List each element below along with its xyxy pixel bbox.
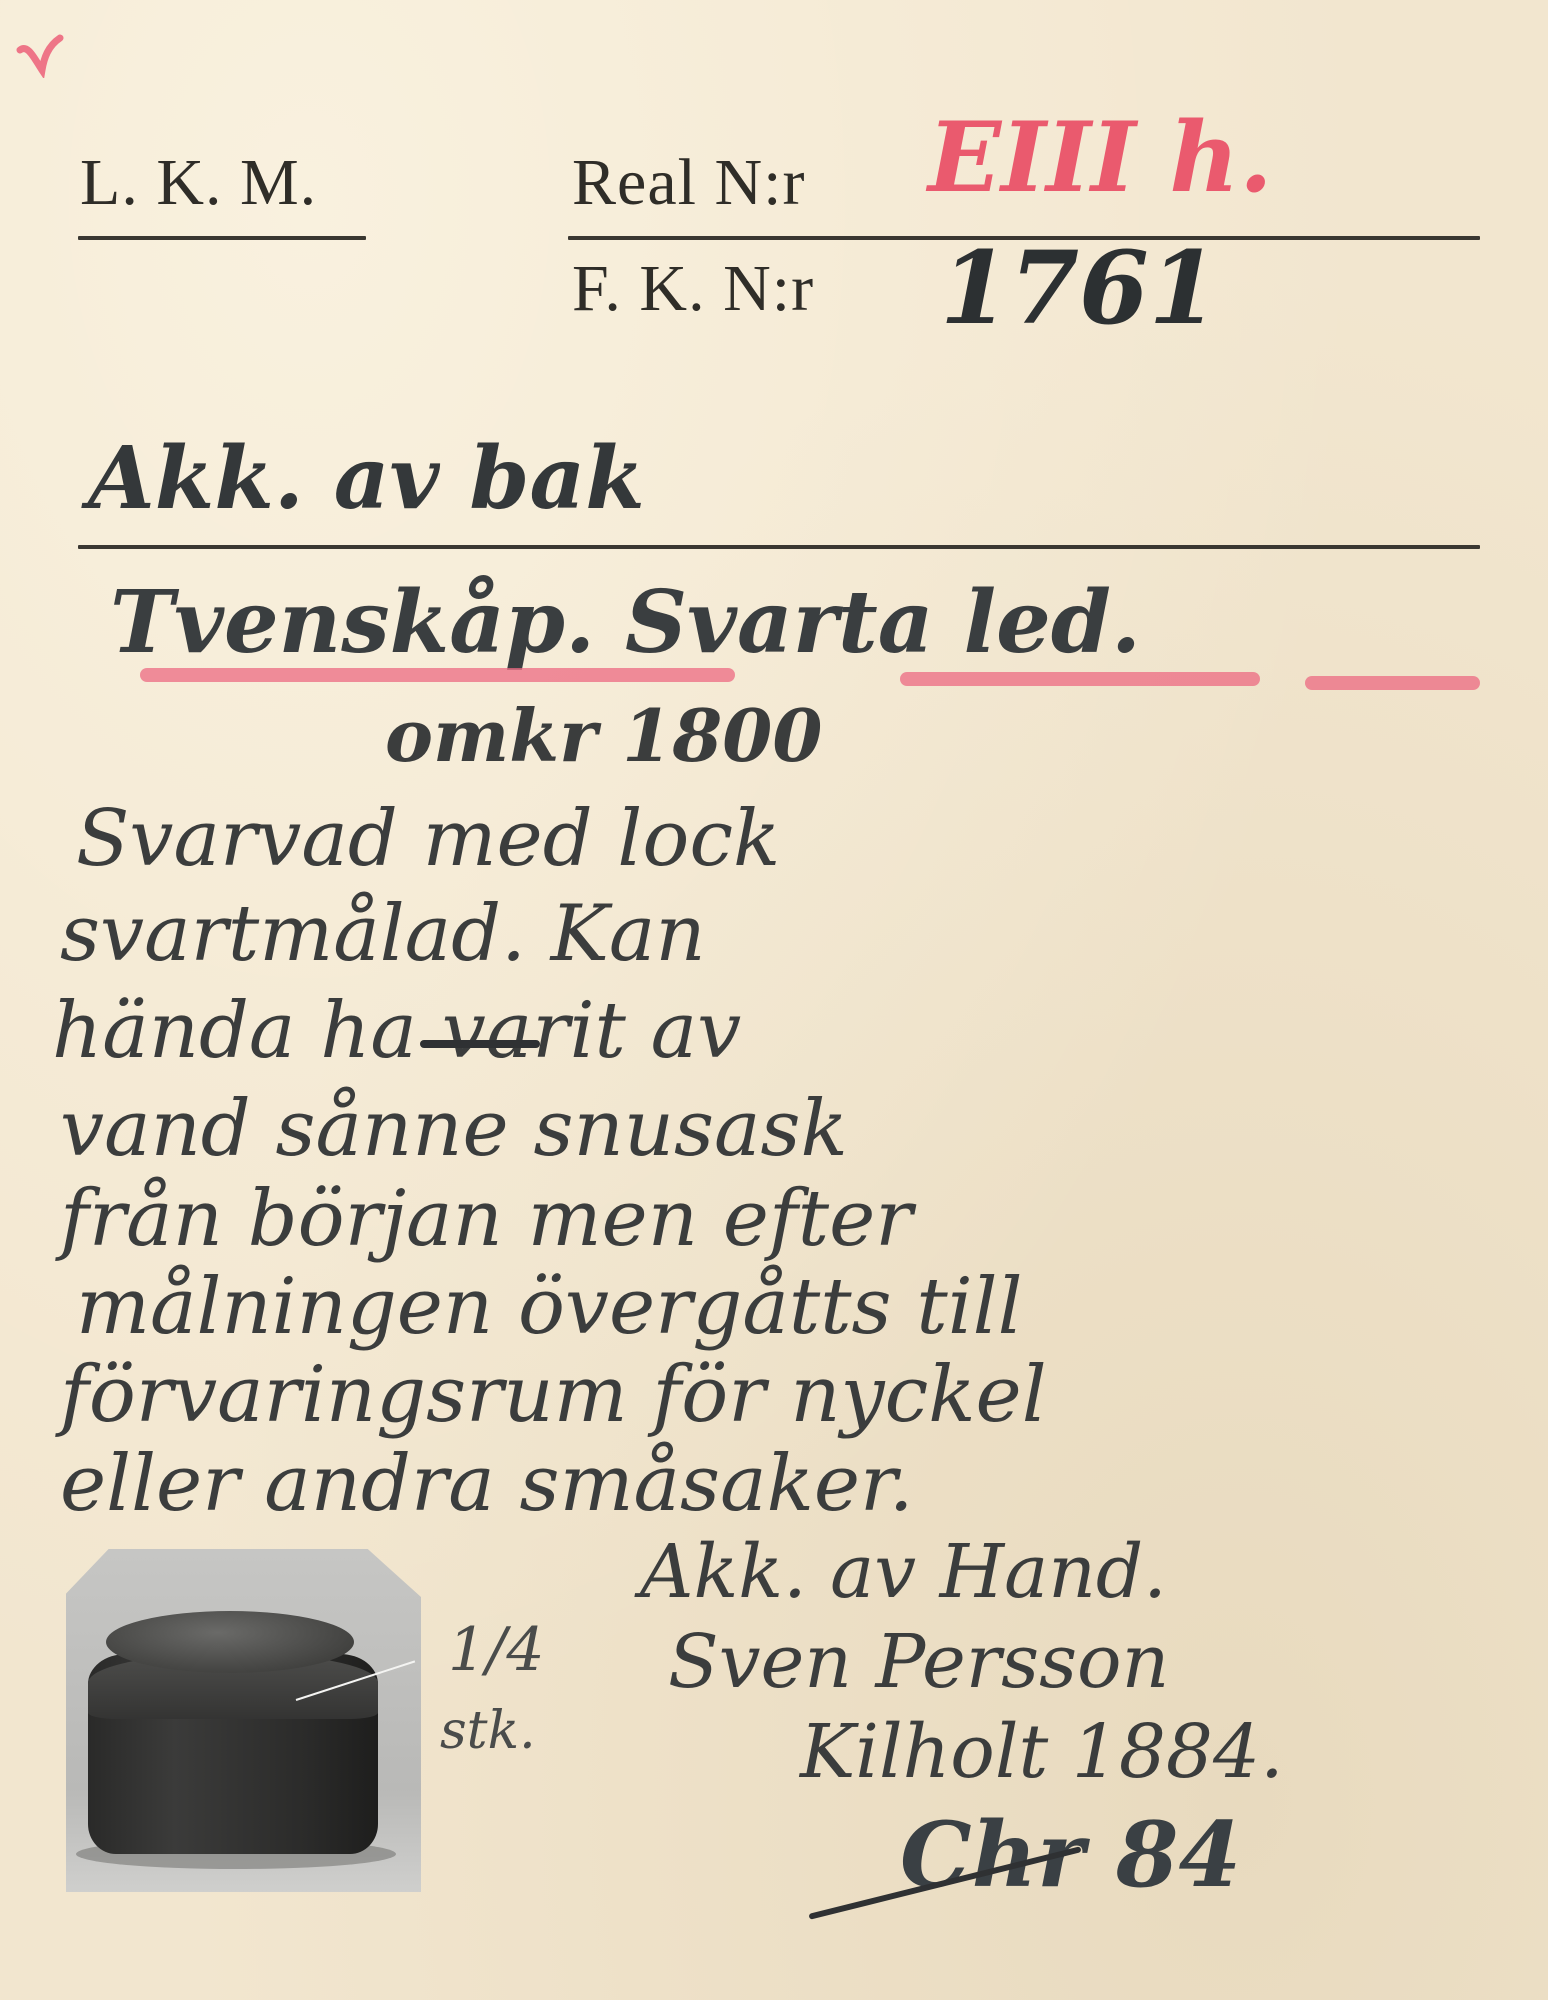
red-check-mark-icon (14, 28, 64, 78)
real-nr-value: EIII h. (928, 110, 1273, 206)
body-line-3: hända ha varit av (52, 992, 741, 1070)
body-line-2: svartmålad. Kan (60, 895, 706, 973)
classification-text: Akk. av bak (88, 436, 645, 522)
donor-line-1: Akk. av Hand. (640, 1535, 1167, 1609)
museum-label: L. K. M. (80, 150, 317, 216)
fk-nr-value: 1761 (940, 238, 1218, 338)
museum-label-rule (78, 236, 366, 240)
date-line: omkr 1800 (385, 700, 822, 772)
body-line-5: från början men efter (60, 1180, 913, 1258)
body-line-6: målningen övergåtts till (76, 1268, 1023, 1346)
body-line-4: vand sånne snusask (60, 1090, 848, 1168)
red-underline-2 (900, 672, 1260, 686)
catalogue-card: L. K. M. Real N:r EIII h. F. K. N:r 1761… (0, 0, 1548, 2000)
object-photograph (66, 1549, 421, 1892)
struck-out-word (420, 1040, 540, 1048)
object-title: Tvenskåp. Svarta led. (110, 580, 1141, 666)
donor-line-2: Sven Persson (668, 1625, 1169, 1699)
body-line-1: Svarvad med lock (76, 800, 780, 878)
body-line-7: förvaringsrum för nyckel (60, 1356, 1047, 1434)
photo-box-lid (106, 1611, 354, 1673)
red-underline-3 (1305, 676, 1480, 690)
body-line-8: eller andra småsaker. (60, 1445, 914, 1523)
classification-rule (78, 545, 1480, 549)
fk-nr-label: F. K. N:r (572, 256, 814, 322)
signature: Chr 84 (900, 1810, 1241, 1900)
red-underline-1 (140, 668, 735, 682)
real-nr-label: Real N:r (572, 150, 805, 216)
photo-scale: 1/4 (448, 1620, 545, 1680)
donor-line-3: Kilholt 1884. (800, 1715, 1284, 1789)
photo-unit: stk. (440, 1705, 536, 1757)
